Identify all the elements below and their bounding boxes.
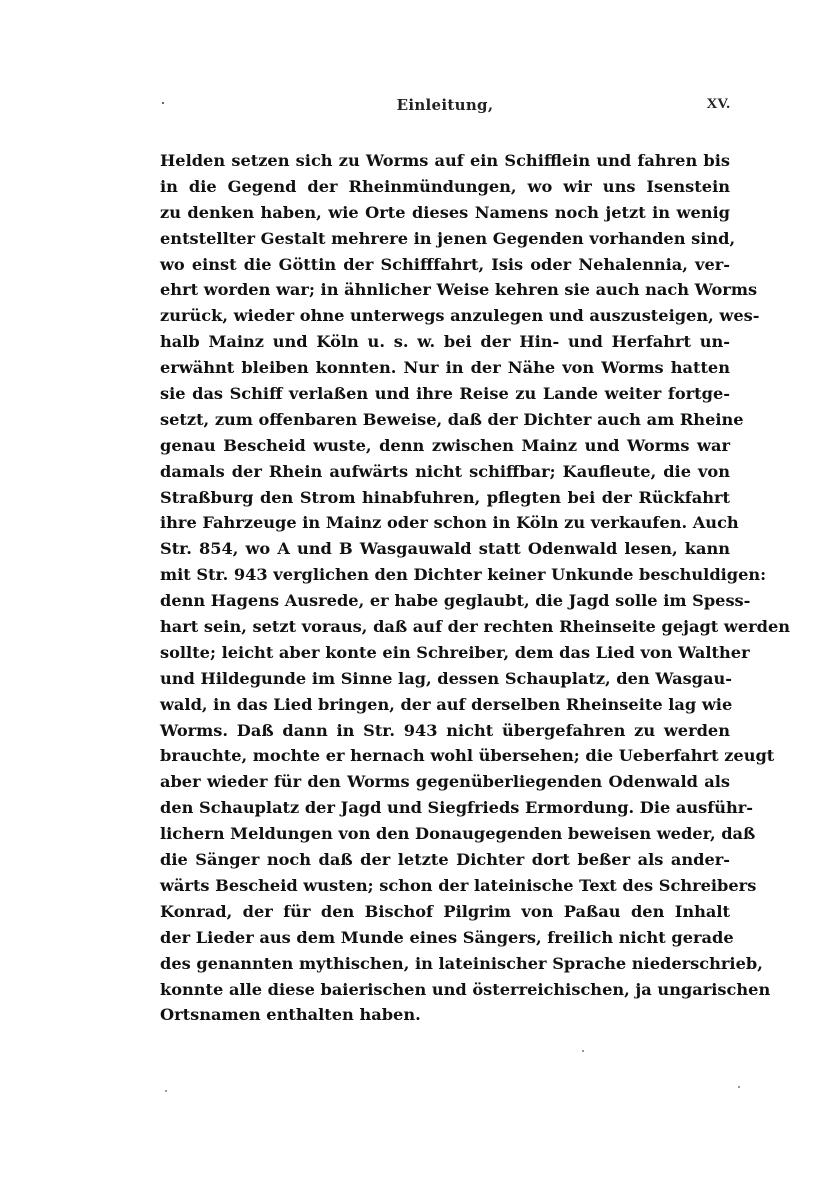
text-line: ehrt worden war; in ähnlicher Weise kehr… [160,277,730,303]
text-line: Konrad, der für den Bischof Pilgrim von … [160,899,730,925]
text-line: Worms. Daß dann in Str. 943 nicht überge… [160,718,730,744]
scan-speck [165,1090,167,1092]
scan-speck [582,1050,584,1052]
text-line: denn Hagens Ausrede, er habe geglaubt, d… [160,588,730,614]
text-line: des genannten mythischen, in lateinische… [160,951,730,977]
text-line: genau Bescheid wuste, denn zwischen Main… [160,433,730,459]
text-line: Str. 854, wo A und B Wasgauwald statt Od… [160,536,730,562]
text-line: lichern Meldungen von den Donaugegenden … [160,821,730,847]
text-line: erwähnt bleiben konnten. Nur in der Nähe… [160,355,730,381]
running-head: Einleitung, XV. [160,96,730,120]
text-line: wärts Bescheid wusten; schon der lateini… [160,873,730,899]
text-line: den Schauplatz der Jagd und Siegfrieds E… [160,795,730,821]
scanned-page: Einleitung, XV. Helden setzen sich zu Wo… [0,0,840,1191]
text-line: wo einst die Göttin der Schifffahrt, Isi… [160,252,730,278]
text-line: und Hildegunde im Sinne lag, dessen Scha… [160,666,730,692]
text-line: zu denken haben, wie Orte dieses Namens … [160,200,730,226]
running-head-title: Einleitung, [160,96,730,114]
text-line: Straßburg den Strom hinabfuhren, pflegte… [160,485,730,511]
text-line: mit Str. 943 verglichen den Dichter kein… [160,562,730,588]
text-line: wald, in das Lied bringen, der auf derse… [160,692,730,718]
page-number: XV. [707,96,730,113]
text-line: die Sänger noch daß der letzte Dichter d… [160,847,730,873]
text-line: in die Gegend der Rheinmündungen, wo wir… [160,174,730,200]
body-paragraph: Helden setzen sich zu Worms auf ein Schi… [160,148,730,1028]
text-line: konnte alle diese baierischen und österr… [160,977,730,1003]
text-line: der Lieder aus dem Munde eines Sängers, … [160,925,730,951]
text-line: sie das Schiff verlaßen und ihre Reise z… [160,381,730,407]
text-line-last: Ortsnamen enthalten haben. [160,1002,730,1028]
text-line: sollte; leicht aber konte ein Schreiber,… [160,640,730,666]
text-line: brauchte, mochte er hernach wohl überseh… [160,743,730,769]
text-line: zurück, wieder ohne unterwegs anzulegen … [160,303,730,329]
scan-speck [738,1086,740,1088]
text-line: setzt, zum offenbaren Beweise, daß der D… [160,407,730,433]
text-line: ihre Fahrzeuge in Mainz oder schon in Kö… [160,510,730,536]
text-line: Helden setzen sich zu Worms auf ein Schi… [160,148,730,174]
text-line: damals der Rhein aufwärts nicht schiffba… [160,459,730,485]
text-line: entstellter Gestalt mehrere in jenen Geg… [160,226,730,252]
text-line: hart sein, setzt voraus, daß auf der rec… [160,614,730,640]
text-line: halb Mainz und Köln u. s. w. bei der Hin… [160,329,730,355]
text-line: aber wieder für den Worms gegenüberliege… [160,769,730,795]
